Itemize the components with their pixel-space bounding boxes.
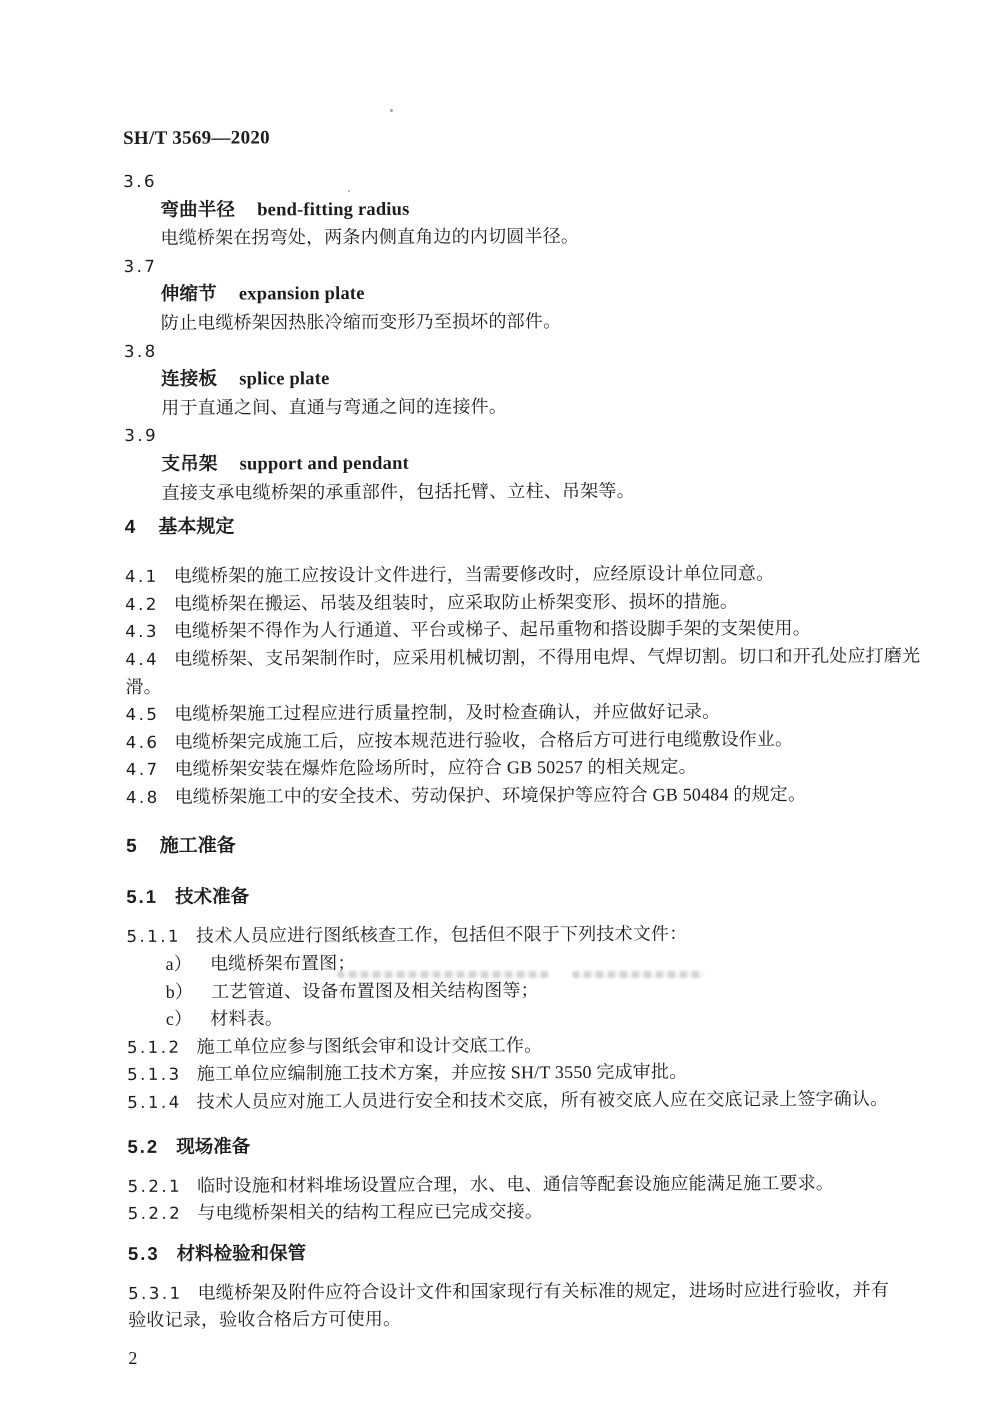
- list-item-label: a）: [166, 954, 192, 974]
- term-number: 3.6: [123, 164, 945, 195]
- clause: 4.1电缆桥架的施工应按设计文件进行，当需要修改时，应经原设计单位同意。: [125, 560, 947, 591]
- clause-text: 电缆桥架施工过程应进行质量控制，及时检查确认，并应做好记录。: [174, 701, 720, 723]
- clause: 4.2电缆桥架在搬运、吊装及组装时，应采取防止桥架变形、损坏的措施。: [125, 587, 947, 618]
- section-4-clauses: 4.1电缆桥架的施工应按设计文件进行，当需要修改时，应经原设计单位同意。 4.2…: [125, 560, 948, 812]
- clause: 5.2.2与电缆桥架相关的结构工程应已完成交接。: [128, 1197, 950, 1228]
- term-english: bend-fitting radius: [257, 199, 409, 220]
- subsection-5-1-number: 5.1: [126, 886, 158, 907]
- term-group: 3.9 支吊架support and pendant 直接支承电缆桥架的承重部件…: [124, 419, 946, 507]
- section-5-title: 施工准备: [160, 836, 236, 857]
- term-definition: 直接支承电缆桥架的承重部件，包括托臂、立柱、吊架等。: [162, 476, 947, 507]
- terms-section: 3.6 弯曲半径bend-fitting radius 电缆桥架在拐弯处，两条内…: [123, 164, 946, 507]
- term-chinese: 连接板: [161, 368, 217, 389]
- term-english: expansion plate: [239, 284, 365, 305]
- section-5-heading: 5施工准备: [126, 830, 948, 862]
- term-name: 连接板splice plate: [161, 362, 946, 395]
- subsection-5-1-clauses: 5.1.1技术人员应进行图纸核查工作，包括但不限于下列技术文件： a）电缆桥架布…: [126, 920, 949, 1117]
- term-group: 3.6 弯曲半径bend-fitting radius 电缆桥架在拐弯处，两条内…: [123, 164, 945, 252]
- clause-number: 4.4: [125, 650, 159, 669]
- term-chinese: 支吊架: [161, 453, 217, 474]
- subsection-5-3-clauses: 5.3.1电缆桥架及附件应符合设计文件和国家现行有关标准的规定，进场时应进行验收…: [128, 1276, 950, 1335]
- clause: 4.6电缆桥架完成施工后，应按本规范进行验收，合格后方可进行电缆敷设作业。: [126, 725, 948, 756]
- subsection-5-2-clauses: 5.2.1临时设施和材料堆场设置应合理，水、电、通信等配套设施应能满足施工要求。…: [128, 1169, 950, 1228]
- scan-smudge: [572, 971, 704, 978]
- clause-text: 电缆桥架安装在爆炸危险场所时，应符合 GB 50257 的相关规定。: [175, 757, 697, 779]
- section-5-number: 5: [126, 836, 138, 857]
- clause-number: 5.1.3: [127, 1065, 182, 1084]
- clause-text: 临时设施和材料堆场设置应合理，水、电、通信等配套设施应能满足施工要求。: [197, 1173, 834, 1196]
- clause-number: 4.8: [126, 788, 160, 807]
- term-definition: 防止电缆桥架因热胀冷缩而变形乃至损坏的部件。: [161, 306, 946, 337]
- clause: 5.3.1电缆桥架及附件应符合设计文件和国家现行有关标准的规定，进场时应进行验收…: [128, 1276, 906, 1335]
- term-name: 伸缩节expansion plate: [161, 277, 946, 310]
- clause-number: 5.2.1: [128, 1176, 183, 1195]
- clause-number: 5.1.4: [127, 1093, 182, 1112]
- subsection-5-3-title: 材料检验和保管: [177, 1242, 307, 1264]
- clause: 4.3电缆桥架不得作为人行通道、平台或梯子、起吊重物和搭设脚手架的支架使用。: [125, 615, 947, 646]
- list-item-label: c）: [166, 1009, 192, 1029]
- page-number: 2: [128, 1344, 950, 1369]
- term-group: 3.8 连接板splice plate 用于直通之间、直通与弯通之间的连接件。: [124, 334, 946, 422]
- scan-speck: [390, 109, 393, 112]
- clause-number: 4.6: [126, 733, 160, 752]
- term-name: 弯曲半径bend-fitting radius: [160, 192, 945, 225]
- clause-number: 5.1.2: [127, 1038, 182, 1057]
- subsection-5-1-heading: 5.1技术准备: [126, 880, 948, 912]
- term-group: 3.7 伸缩节expansion plate 防止电缆桥架因热胀冷缩而变形乃至损…: [124, 249, 946, 337]
- clause-text: 与电缆桥架相关的结构工程应已完成交接。: [197, 1201, 543, 1223]
- page-content: SH/T 3569—2020 3.6 弯曲半径bend-fitting radi…: [123, 124, 950, 1369]
- clause-text: 施工单位应参与图纸会审和设计交底工作。: [196, 1035, 542, 1057]
- subsection-5-2-heading: 5.2现场准备: [127, 1129, 949, 1161]
- document-page: SH/T 3569—2020 3.6 弯曲半径bend-fitting radi…: [0, 0, 1000, 1414]
- clause-number: 5.3.1: [128, 1284, 183, 1303]
- term-english: support and pendant: [240, 454, 409, 475]
- subsection-5-2-title: 现场准备: [176, 1135, 250, 1156]
- subsection-5-1-title: 技术准备: [175, 886, 249, 907]
- list-item-text: 材料表。: [210, 1009, 283, 1029]
- clause: 5.1.4技术人员应对施工人员进行安全和技术交底，所有被交底人应在交底记录上签字…: [127, 1085, 949, 1116]
- clause: 4.5电缆桥架施工过程应进行质量控制，及时检查确认，并应做好记录。: [126, 698, 948, 729]
- term-number: 3.9: [124, 419, 946, 450]
- clause-text: 电缆桥架完成施工后，应按本规范进行验收，合格后方可进行电缆敷设作业。: [174, 729, 793, 752]
- term-definition: 电缆桥架在拐弯处，两条内侧直角边的内切圆半径。: [160, 222, 945, 253]
- clause-number: 5.1.1: [126, 927, 181, 946]
- term-number: 3.7: [124, 249, 946, 280]
- clause: 5.1.2施工单位应参与图纸会审和设计交底工作。: [127, 1030, 949, 1061]
- list-item-text: 工艺管道、设备布置图及相关结构图等；: [211, 980, 539, 1001]
- clause: 4.8电缆桥架施工中的安全技术、劳动保护、环境保护等应符合 GB 50484 的…: [126, 780, 948, 811]
- clause-number: 4.2: [125, 595, 159, 614]
- clause-text: 技术人员应进行图纸核查工作，包括但不限于下列技术文件：: [196, 924, 687, 946]
- clause: 4.4电缆桥架、支吊架制作时，应采用机械切割，不得用电焊、气焊切割。切口和开孔处…: [125, 642, 947, 701]
- list-item: b）工艺管道、设备布置图及相关结构图等；: [166, 975, 949, 1006]
- list-item: a）电缆桥架布置图；: [166, 947, 949, 978]
- clause-number: 4.1: [125, 567, 159, 586]
- term-chinese: 弯曲半径: [160, 198, 235, 219]
- term-name: 支吊架support and pendant: [161, 446, 946, 479]
- term-number: 3.8: [124, 334, 946, 365]
- subsection-5-2-number: 5.2: [127, 1135, 159, 1156]
- term-chinese: 伸缩节: [161, 283, 217, 304]
- clause-text: 电缆桥架在搬运、吊装及组装时，应采取防止桥架变形、损坏的措施。: [174, 591, 738, 613]
- section-4-number: 4: [125, 517, 137, 538]
- list-item-text: 电缆桥架布置图；: [210, 953, 356, 974]
- clause-text: 施工单位应编制施工技术方案，并应按 SH/T 3550 完成审批。: [197, 1062, 688, 1084]
- term-english: splice plate: [239, 369, 329, 389]
- clause: 4.7电缆桥架安装在爆炸危险场所时，应符合 GB 50257 的相关规定。: [126, 753, 948, 784]
- clause-text: 技术人员应对施工人员进行安全和技术交底，所有被交底人应在交底记录上签字确认。: [197, 1089, 889, 1112]
- section-4-title: 基本规定: [158, 517, 234, 538]
- clause-text: 电缆桥架、支吊架制作时，应采用机械切割，不得用电焊、气焊切割。切口和开孔处应打磨…: [125, 645, 920, 696]
- term-definition: 用于直通之间、直通与弯通之间的连接件。: [161, 391, 946, 422]
- clause-text: 电缆桥架及附件应符合设计文件和国家现行有关标准的规定，进场时应进行验收，并有验收…: [128, 1279, 889, 1330]
- list-item-label: b）: [166, 981, 193, 1001]
- section-4-heading: 4基本规定: [125, 511, 947, 543]
- standard-number-header: SH/T 3569—2020: [123, 124, 945, 150]
- scan-smudge: [337, 971, 549, 978]
- scan-speck: [348, 190, 350, 192]
- clause-text: 电缆桥架施工中的安全技术、劳动保护、环境保护等应符合 GB 50484 的规定。: [175, 784, 807, 807]
- clause: 5.2.1临时设施和材料堆场设置应合理，水、电、通信等配套设施应能满足施工要求。: [128, 1169, 950, 1200]
- list-item: c）材料表。: [166, 1003, 949, 1034]
- clause-text: 电缆桥架的施工应按设计文件进行，当需要修改时，应经原设计单位同意。: [174, 563, 775, 586]
- subsection-5-3-heading: 5.3材料检验和保管: [128, 1236, 950, 1268]
- clause-number: 4.3: [125, 622, 159, 641]
- clause-number: 4.5: [126, 705, 160, 724]
- clause-text: 电缆桥架不得作为人行通道、平台或梯子、起吊重物和搭设脚手架的支架使用。: [174, 618, 811, 641]
- subsection-5-3-number: 5.3: [128, 1243, 160, 1264]
- clause: 5.1.1技术人员应进行图纸核查工作，包括但不限于下列技术文件：: [126, 920, 948, 951]
- clause-number: 4.7: [126, 760, 160, 779]
- clause-number: 5.2.2: [128, 1204, 183, 1223]
- clause: 5.1.3施工单位应编制施工技术方案，并应按 SH/T 3550 完成审批。: [127, 1058, 949, 1089]
